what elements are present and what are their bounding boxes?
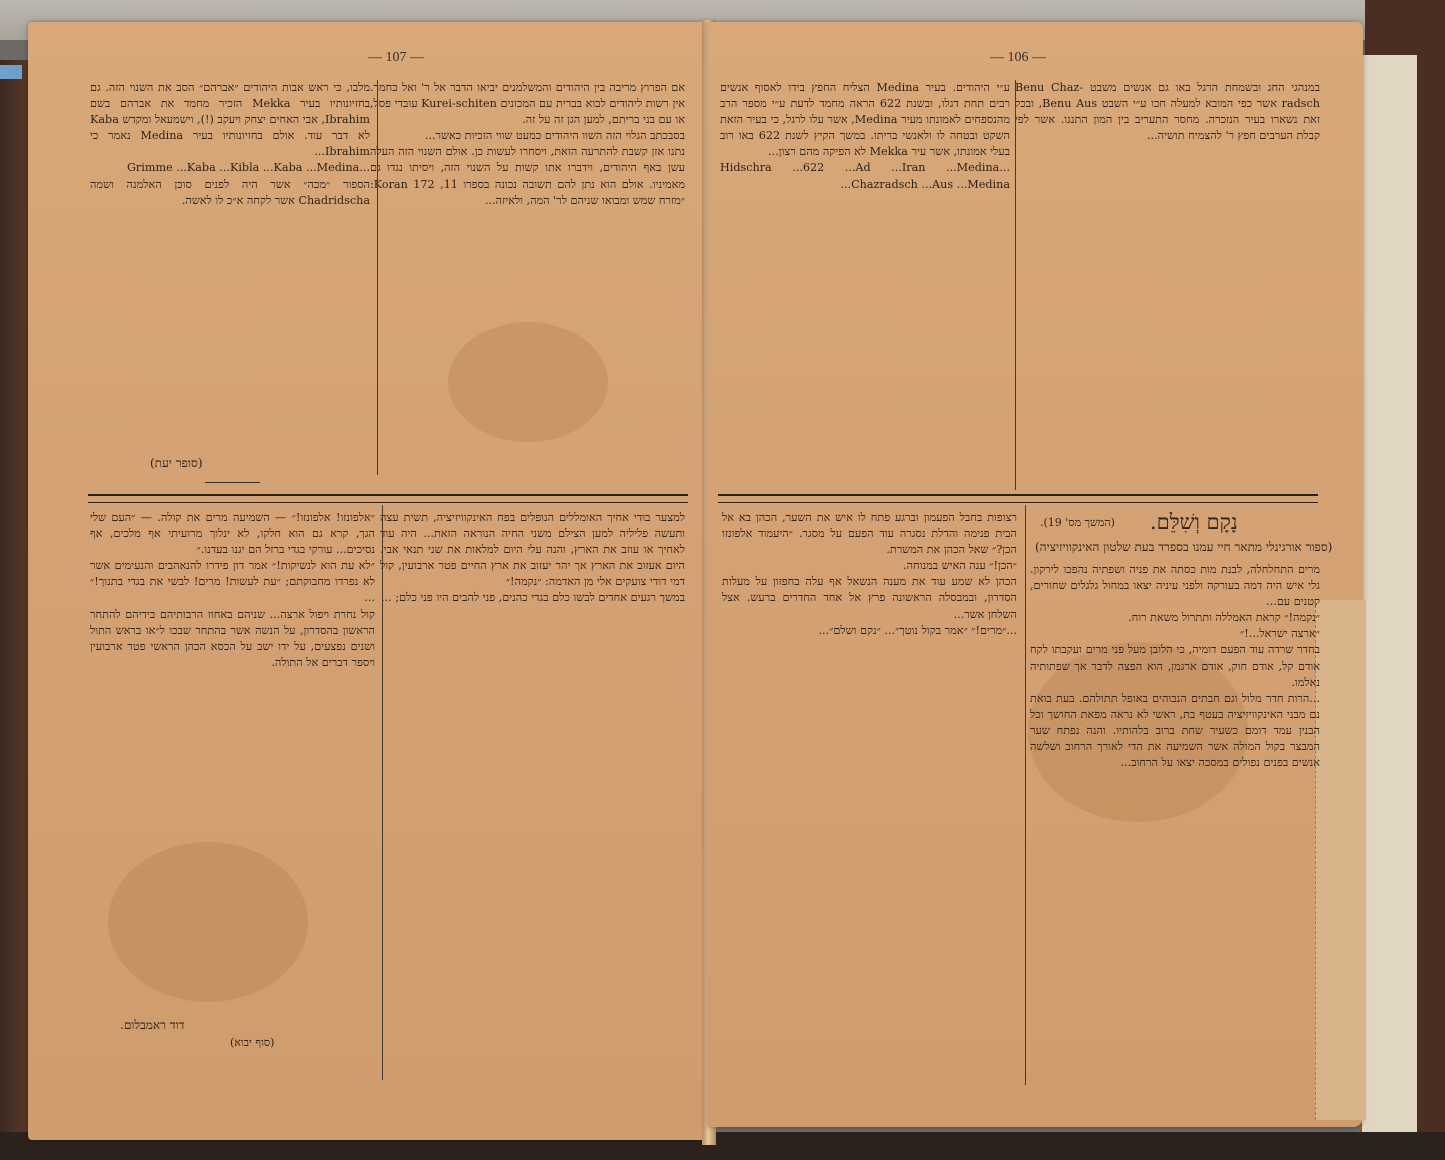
- short-rule: [205, 482, 260, 483]
- torn-page-edge: [1315, 600, 1366, 1120]
- left-upper-col-right: אם הפרוץ מריבה בין היהודים והמשלמנים יבי…: [370, 80, 685, 475]
- column-rule: [377, 80, 378, 475]
- cover-edge: [1360, 55, 1417, 1155]
- signature: דוד ראמבלום.: [120, 1018, 184, 1033]
- column-rule: [382, 505, 383, 1080]
- column-rule: [1015, 80, 1016, 490]
- left-lower-col-left: ״אלפונזו! אלפונזו!״ — השמיעה מרים את קול…: [90, 510, 375, 1000]
- right-lower-col-left: רצופות בחבל הפעמון וברגע פתח לו איש את ה…: [722, 510, 1017, 1080]
- article-subtitle: (ספור אורגינלי מתאר חיי עמנו בספרד בעת ש…: [1035, 540, 1332, 555]
- right-upper-col-left: ע״י היהודים. בעיר Medina הצליח החפץ בידו…: [720, 80, 1010, 490]
- right-lower-col-right: מרים התחלחלה, לבנת מות כסתה את פניה ושפת…: [1030, 562, 1320, 1082]
- page-number-right: — 106 —: [990, 50, 1046, 66]
- binding-left: [0, 60, 30, 1160]
- blue-object: [0, 65, 22, 79]
- continued-from: (המשך מס' 19).: [1040, 516, 1115, 529]
- page-number-left: — 107 —: [368, 50, 424, 66]
- article-title: נָקָם וְשִׁלֵּם.: [1150, 510, 1238, 535]
- end-note: (סוף יבוא): [230, 1036, 274, 1049]
- column-rule: [1025, 505, 1026, 1085]
- left-lower-col-right: למצער בודי אחיך האומללים הנופלים בפח האי…: [380, 510, 685, 1080]
- section-divider: [88, 494, 688, 503]
- right-upper-col-right: במנהגי החג ובשמחת הרגל באו גם אנשים משבט…: [1015, 80, 1320, 480]
- author-note: (סופר יעת): [150, 456, 203, 471]
- left-upper-col-left: מלבו, כי ראש אבות היהודים ״אברהם״ הסב את…: [90, 80, 370, 450]
- section-divider: [718, 494, 1318, 503]
